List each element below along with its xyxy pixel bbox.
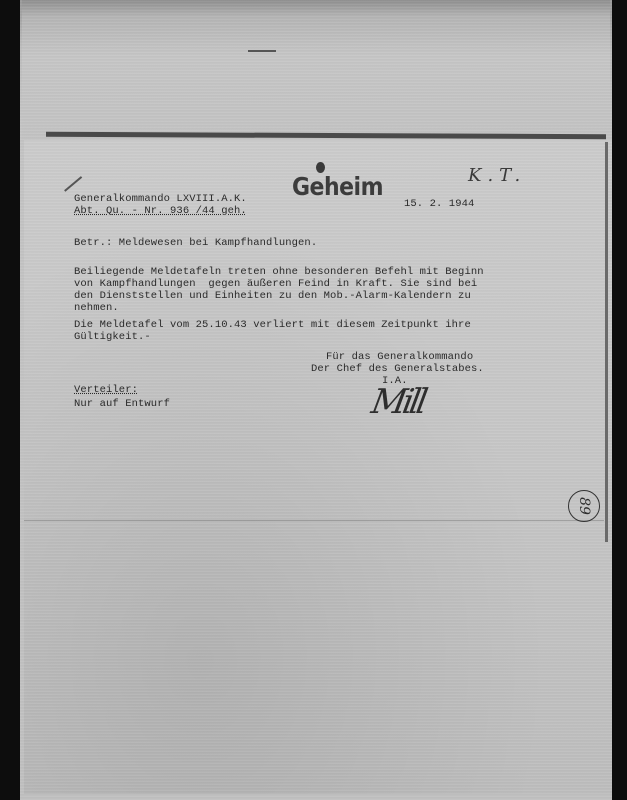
closing-line-2: Der Chef des Generalstabes. <box>311 363 484 376</box>
body-line: nehmen. <box>74 302 119 315</box>
distribution-label: Verteiler: <box>74 384 138 397</box>
handwritten-kt-mark: K.T. <box>468 165 526 186</box>
stamp-ornament <box>316 162 325 173</box>
body-line: von Kampfhandlungen gegen äußeren Feind … <box>74 278 477 291</box>
pencil-mark <box>248 50 276 52</box>
page-fold-line <box>24 520 604 521</box>
body-line: Gültigkeit.- <box>74 331 151 344</box>
page-edge-line <box>605 142 608 542</box>
underlying-page <box>22 0 610 140</box>
handwritten-signature: Mill <box>368 382 426 422</box>
sender-line-1: Generalkommando LXVIII.A.K. <box>74 193 247 206</box>
document-date: 15. 2. 1944 <box>404 198 474 211</box>
body-line: Die Meldetafel vom 25.10.43 verliert mit… <box>74 319 471 332</box>
distribution-value: Nur auf Entwurf <box>74 398 170 411</box>
sender-line-2: Abt. Qu. - Nr. 936 /44 geh. <box>74 205 247 218</box>
secret-stamp: Geheim <box>292 173 383 202</box>
body-line: Beiliegende Meldetafeln treten ohne beso… <box>74 266 484 279</box>
body-line: den Dienststellen und Einheiten zu den M… <box>74 290 471 303</box>
page-number-stamp: 89 <box>568 490 600 522</box>
closing-line-1: Für das Generalkommando <box>326 351 473 364</box>
subject-line: Betr.: Meldewesen bei Kampfhandlungen. <box>74 237 317 250</box>
page-number: 89 <box>576 497 592 515</box>
